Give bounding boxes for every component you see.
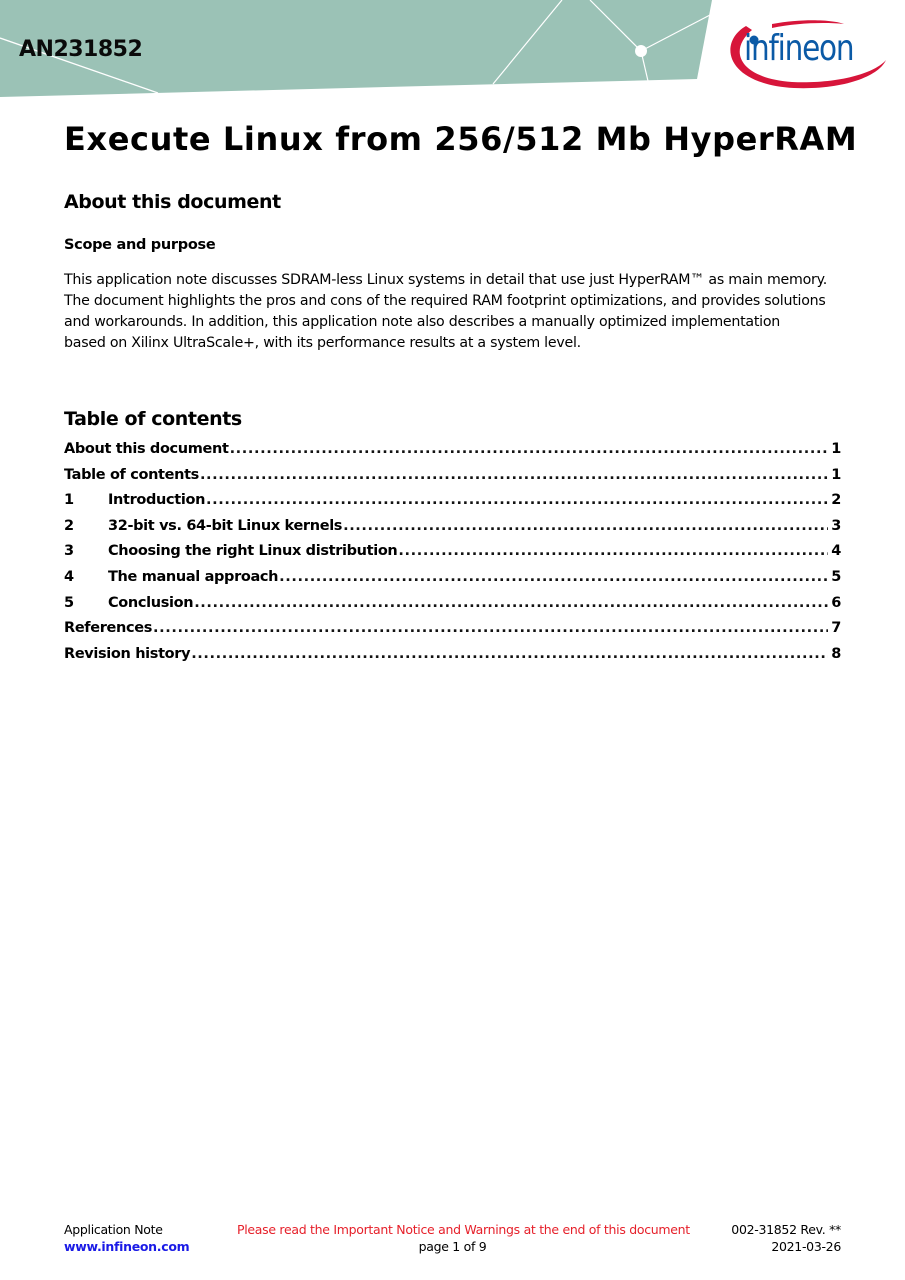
toc-entry-label[interactable]: About this document	[64, 441, 229, 457]
toc-entry-page[interactable]: 6	[831, 595, 841, 611]
page-info: page 1 of 9	[237, 1238, 668, 1255]
toc-entry-page[interactable]: 1	[831, 467, 841, 483]
scope-heading: Scope and purpose	[64, 237, 215, 253]
toc-entry-label[interactable]: Choosing the right Linux distribution	[108, 543, 397, 559]
toc-entry-label[interactable]: References	[64, 620, 152, 636]
toc-entry-number: 5	[64, 595, 108, 611]
toc-entry-page[interactable]: 4	[831, 543, 841, 559]
infineon-logo-icon: infineon	[724, 14, 889, 94]
toc-entry-page[interactable]: 7	[831, 620, 841, 636]
toc-entry[interactable]: References..............................…	[64, 620, 841, 646]
toc-leader-dots: ........................................…	[153, 620, 828, 636]
toc-entry-label[interactable]: Conclusion	[108, 595, 193, 611]
toc-entry-page[interactable]: 2	[831, 492, 841, 508]
important-notice-link[interactable]: Please read the Important Notice and War…	[237, 1221, 668, 1238]
logo-text: infineon	[744, 28, 853, 69]
toc-leader-dots: ........................................…	[191, 646, 828, 662]
toc-entry[interactable]: 4The manual approach ...................…	[64, 569, 841, 595]
toc-leader-dots: ........................................…	[200, 467, 828, 483]
toc-entry-page[interactable]: 5	[831, 569, 841, 585]
toc-leader-dots: ........................................…	[230, 441, 829, 457]
toc-leader-dots: ........................................…	[398, 543, 828, 559]
doc-number: 002-31852 Rev. **	[731, 1221, 841, 1238]
scope-line: This application note discusses SDRAM-le…	[64, 270, 854, 291]
toc-entry[interactable]: 1Introduction ..........................…	[64, 492, 841, 518]
toc-leader-dots: ........................................…	[279, 569, 828, 585]
website-link[interactable]: www.infineon.com	[64, 1238, 189, 1255]
doc-type: Application Note	[64, 1221, 189, 1238]
toc-entry-label[interactable]: Table of contents	[64, 467, 199, 483]
toc-entry[interactable]: 232-bit vs. 64-bit Linux kernels........…	[64, 518, 841, 544]
document-id: AN231852	[19, 37, 142, 62]
toc-entry-number: 2	[64, 518, 108, 534]
toc-entry[interactable]: About this document.....................…	[64, 441, 841, 467]
about-heading: About this document	[64, 191, 281, 213]
toc-entry-number: 3	[64, 543, 108, 559]
toc-entry[interactable]: Revision history........................…	[64, 646, 841, 672]
table-of-contents: About this document.....................…	[64, 441, 841, 671]
toc-entry-label[interactable]: 32-bit vs. 64-bit Linux kernels	[108, 518, 342, 534]
toc-entry[interactable]: 5Conclusion ............................…	[64, 595, 841, 621]
toc-entry-label[interactable]: Introduction	[108, 492, 205, 508]
toc-heading: Table of contents	[64, 408, 242, 430]
toc-entry-number: 4	[64, 569, 108, 585]
toc-leader-dots: ........................................…	[194, 595, 828, 611]
toc-leader-dots: ........................................…	[206, 492, 828, 508]
toc-entry[interactable]: Table of contents.......................…	[64, 467, 841, 493]
toc-entry-label[interactable]: Revision history	[64, 646, 190, 662]
toc-leader-dots: ........................................…	[343, 518, 828, 534]
toc-entry-label[interactable]: The manual approach	[108, 569, 278, 585]
page-title: Execute Linux from 256/512 Mb HyperRAM	[64, 120, 857, 158]
scope-line: and workarounds. In addition, this appli…	[64, 312, 854, 333]
scope-line: based on Xilinx UltraScale+, with its pe…	[64, 333, 854, 354]
toc-entry-page[interactable]: 8	[831, 646, 841, 662]
doc-date: 2021-03-26	[731, 1238, 841, 1255]
scope-paragraph: This application note discusses SDRAM-le…	[64, 270, 854, 354]
toc-entry-number: 1	[64, 492, 108, 508]
scope-line: The document highlights the pros and con…	[64, 291, 854, 312]
toc-entry[interactable]: 3Choosing the right Linux distribution .…	[64, 543, 841, 569]
toc-entry-page[interactable]: 3	[831, 518, 841, 534]
toc-entry-page[interactable]: 1	[831, 441, 841, 457]
